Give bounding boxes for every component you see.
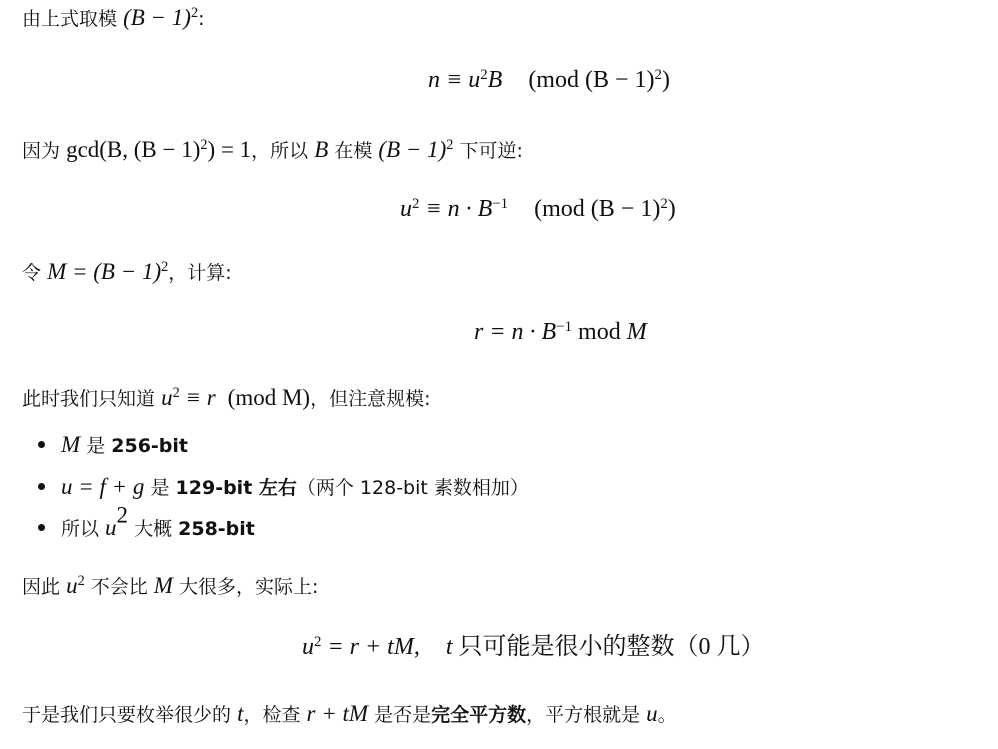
- math-mod: mod: [572, 319, 627, 345]
- superscript: 2: [655, 67, 662, 83]
- text: ，计算:: [168, 262, 231, 284]
- bullet-icon: [38, 441, 45, 448]
- text: ，检查: [243, 704, 300, 726]
- math-var: u: [66, 573, 78, 598]
- text: 是: [80, 435, 111, 457]
- math-expr: ≡ n · B: [419, 196, 492, 222]
- list-item: 所以 u2 大概 258-bit: [38, 514, 255, 543]
- math-inline: (B − 1)2: [123, 5, 198, 30]
- superscript: 2: [173, 385, 180, 401]
- superscript: −1: [556, 319, 572, 335]
- text: 不会比: [91, 576, 148, 598]
- equation-r-definition: r = n · B−1 mod M: [474, 316, 647, 348]
- superscript: 2: [117, 502, 129, 527]
- text: 此时我们只知道: [22, 388, 155, 410]
- text: 。: [658, 704, 677, 726]
- math-expr: ) = 1: [208, 137, 252, 162]
- paragraph-define-m: 令 M = (B − 1)2，计算:: [22, 258, 232, 287]
- math-var: B: [314, 137, 328, 162]
- math-expr: gcd(B, (B − 1): [66, 137, 200, 162]
- equation-u-squared-congruence: u2 ≡ n · B−1(mod (B − 1)2): [400, 193, 676, 225]
- superscript: 2: [78, 573, 85, 589]
- text: 大概: [128, 518, 178, 540]
- math-var: M: [627, 319, 647, 345]
- math-expr: r + tM: [307, 701, 369, 726]
- bullet-icon: [38, 483, 45, 490]
- math-inline: u2 ≡ r(mod M): [161, 385, 310, 410]
- equation-n-congruence: n ≡ u2B(mod (B − 1)2): [428, 64, 670, 96]
- text: 下可逆:: [459, 140, 522, 162]
- superscript: 2: [480, 67, 487, 83]
- paragraph-scale-note: 此时我们只知道 u2 ≡ r(mod M)，但注意规模:: [22, 384, 431, 413]
- bold-text: 完全平方数: [431, 704, 526, 726]
- superscript: −1: [492, 196, 508, 212]
- text: ，所以: [251, 140, 308, 162]
- text: 因此: [22, 576, 60, 598]
- text: 因为: [22, 140, 60, 162]
- math-paren: ): [662, 67, 670, 93]
- bullet-icon: [38, 524, 45, 531]
- math-inline: gcd(B, (B − 1)2) = 1: [66, 137, 251, 162]
- math-expr: r = n · B: [474, 319, 556, 345]
- math-mod: (mod (B − 1): [534, 196, 660, 222]
- superscript: 2: [191, 5, 198, 21]
- text: 是否是: [368, 704, 431, 726]
- text: 在模: [334, 140, 372, 162]
- superscript: 2: [660, 196, 667, 212]
- text: :: [198, 8, 204, 30]
- paragraph-therefore: 因此 u2 不会比 M 大很多，实际上:: [22, 572, 318, 601]
- math-var: u: [400, 196, 412, 222]
- bold-text: 256-bit: [111, 435, 188, 457]
- equation-u-squared-expansion: u2 = r + tM,t 只可能是很小的整数（0 几）: [302, 631, 765, 663]
- math-expr: n ≡ u: [428, 67, 480, 93]
- math-expr: (B − 1): [378, 137, 446, 162]
- text: 令: [22, 262, 41, 284]
- bold-text: 258-bit: [178, 518, 255, 540]
- text: 大很多，实际上:: [179, 576, 318, 598]
- text: ，但注意规模:: [310, 388, 430, 410]
- math-expr: B: [488, 67, 503, 93]
- text: ，平方根就是: [526, 704, 640, 726]
- math-var: u: [161, 385, 173, 410]
- text: （两个 128-bit 素数相加）: [297, 477, 529, 499]
- math-expr: u = f + g: [61, 474, 144, 499]
- bold-text: 129-bit 左右: [176, 477, 297, 499]
- math-expr: M = (B − 1): [47, 259, 161, 284]
- text: 由上式取模: [22, 8, 117, 30]
- paragraph-gcd: 因为 gcd(B, (B − 1)2) = 1，所以 B 在模 (B − 1)2…: [22, 136, 523, 165]
- paragraph-conclusion: 于是我们只要枚举很少的 t，检查 r + tM 是否是完全平方数，平方根就是 u…: [22, 700, 677, 729]
- math-var: u: [646, 701, 658, 726]
- math-expr: ≡ r: [180, 385, 216, 410]
- superscript: 2: [200, 137, 207, 153]
- math-mod: (mod M): [228, 385, 310, 410]
- math-inline: u2: [66, 573, 85, 598]
- math-expr: = r + tM,: [321, 634, 419, 660]
- math-var: t: [446, 634, 453, 660]
- text: 是: [144, 477, 175, 499]
- math-mod: (mod (B − 1): [528, 67, 654, 93]
- text: 于是我们只要枚举很少的: [22, 704, 231, 726]
- math-paren: ): [668, 196, 676, 222]
- math-expr: (B − 1): [123, 5, 191, 30]
- math-var: u: [105, 515, 117, 540]
- superscript: 2: [446, 137, 453, 153]
- paragraph-modulo-intro: 由上式取模 (B − 1)2:: [22, 4, 204, 33]
- list-item: M 是 256-bit: [38, 431, 188, 460]
- math-var: M: [154, 573, 173, 598]
- math-var: u: [302, 634, 314, 660]
- math-inline: (B − 1)2: [378, 137, 453, 162]
- list-item: u = f + g 是 129-bit 左右（两个 128-bit 素数相加）: [38, 473, 529, 502]
- math-text: 只可能是很小的整数（0 几）: [453, 634, 765, 660]
- math-inline: M = (B − 1)2: [47, 259, 168, 284]
- math-var: M: [61, 432, 80, 457]
- text: 所以: [61, 518, 105, 540]
